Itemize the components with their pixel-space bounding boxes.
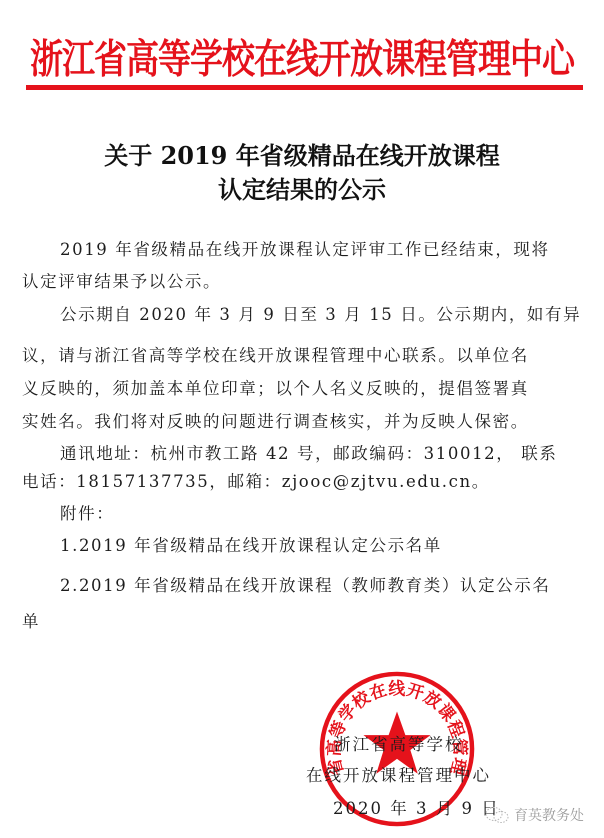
attachment-item-2: 2.2019 年省级精品在线开放课程（教师教育类）认定公示名 xyxy=(60,572,550,596)
attachment-item-1: 1.2019 年省级精品在线开放课程认定公示名单 xyxy=(60,532,442,556)
notice-title-line-1: 关于 2019 年省级精品在线开放课程 xyxy=(0,136,604,171)
body-line: 公示期自 2020 年 3 月 9 日至 3 月 15 日。公示期内，如有异 xyxy=(60,301,581,325)
attachment-item-2-continued: 单 xyxy=(22,608,40,632)
attachments-label: 附件： xyxy=(60,500,114,524)
contact-address-line: 通讯地址：杭州市教工路 42 号，邮政编码：310012， 联系 xyxy=(60,440,557,464)
body-line: 认定评审结果予以公示。 xyxy=(22,268,221,292)
signature-date: 2020 年 3 月 9 日 xyxy=(333,795,500,819)
wechat-logo-icon xyxy=(484,806,510,824)
contact-phone-email-line: 电话：18157137735，邮箱：zjooc@zjtvu.edu.cn。 xyxy=(22,468,490,492)
notice-title-line-2: 认定结果的公示 xyxy=(0,170,604,205)
body-line: 议，请与浙江省高等学校在线开放课程管理中心联系。以单位名 xyxy=(22,342,529,366)
organization-header: 浙江省高等学校在线开放课程管理中心 xyxy=(0,28,604,84)
signature-org-line-1: 浙江省高等学校 xyxy=(334,731,464,755)
body-line: 实姓名。我们将对反映的问题进行调查核实，并为反映人保密。 xyxy=(22,408,529,432)
header-red-rule xyxy=(26,85,583,90)
body-line: 义反映的，须加盖本单位印章；以个人名义反映的，提倡签署真 xyxy=(22,375,529,399)
signature-org-line-2: 在线开放课程管理中心 xyxy=(306,762,491,786)
body-line: 2019 年省级精品在线开放课程认定评审工作已经结束，现将 xyxy=(60,236,550,260)
wechat-account-watermark: 育英教务处 xyxy=(484,805,584,825)
watermark-account-name: 育英教务处 xyxy=(514,805,584,825)
